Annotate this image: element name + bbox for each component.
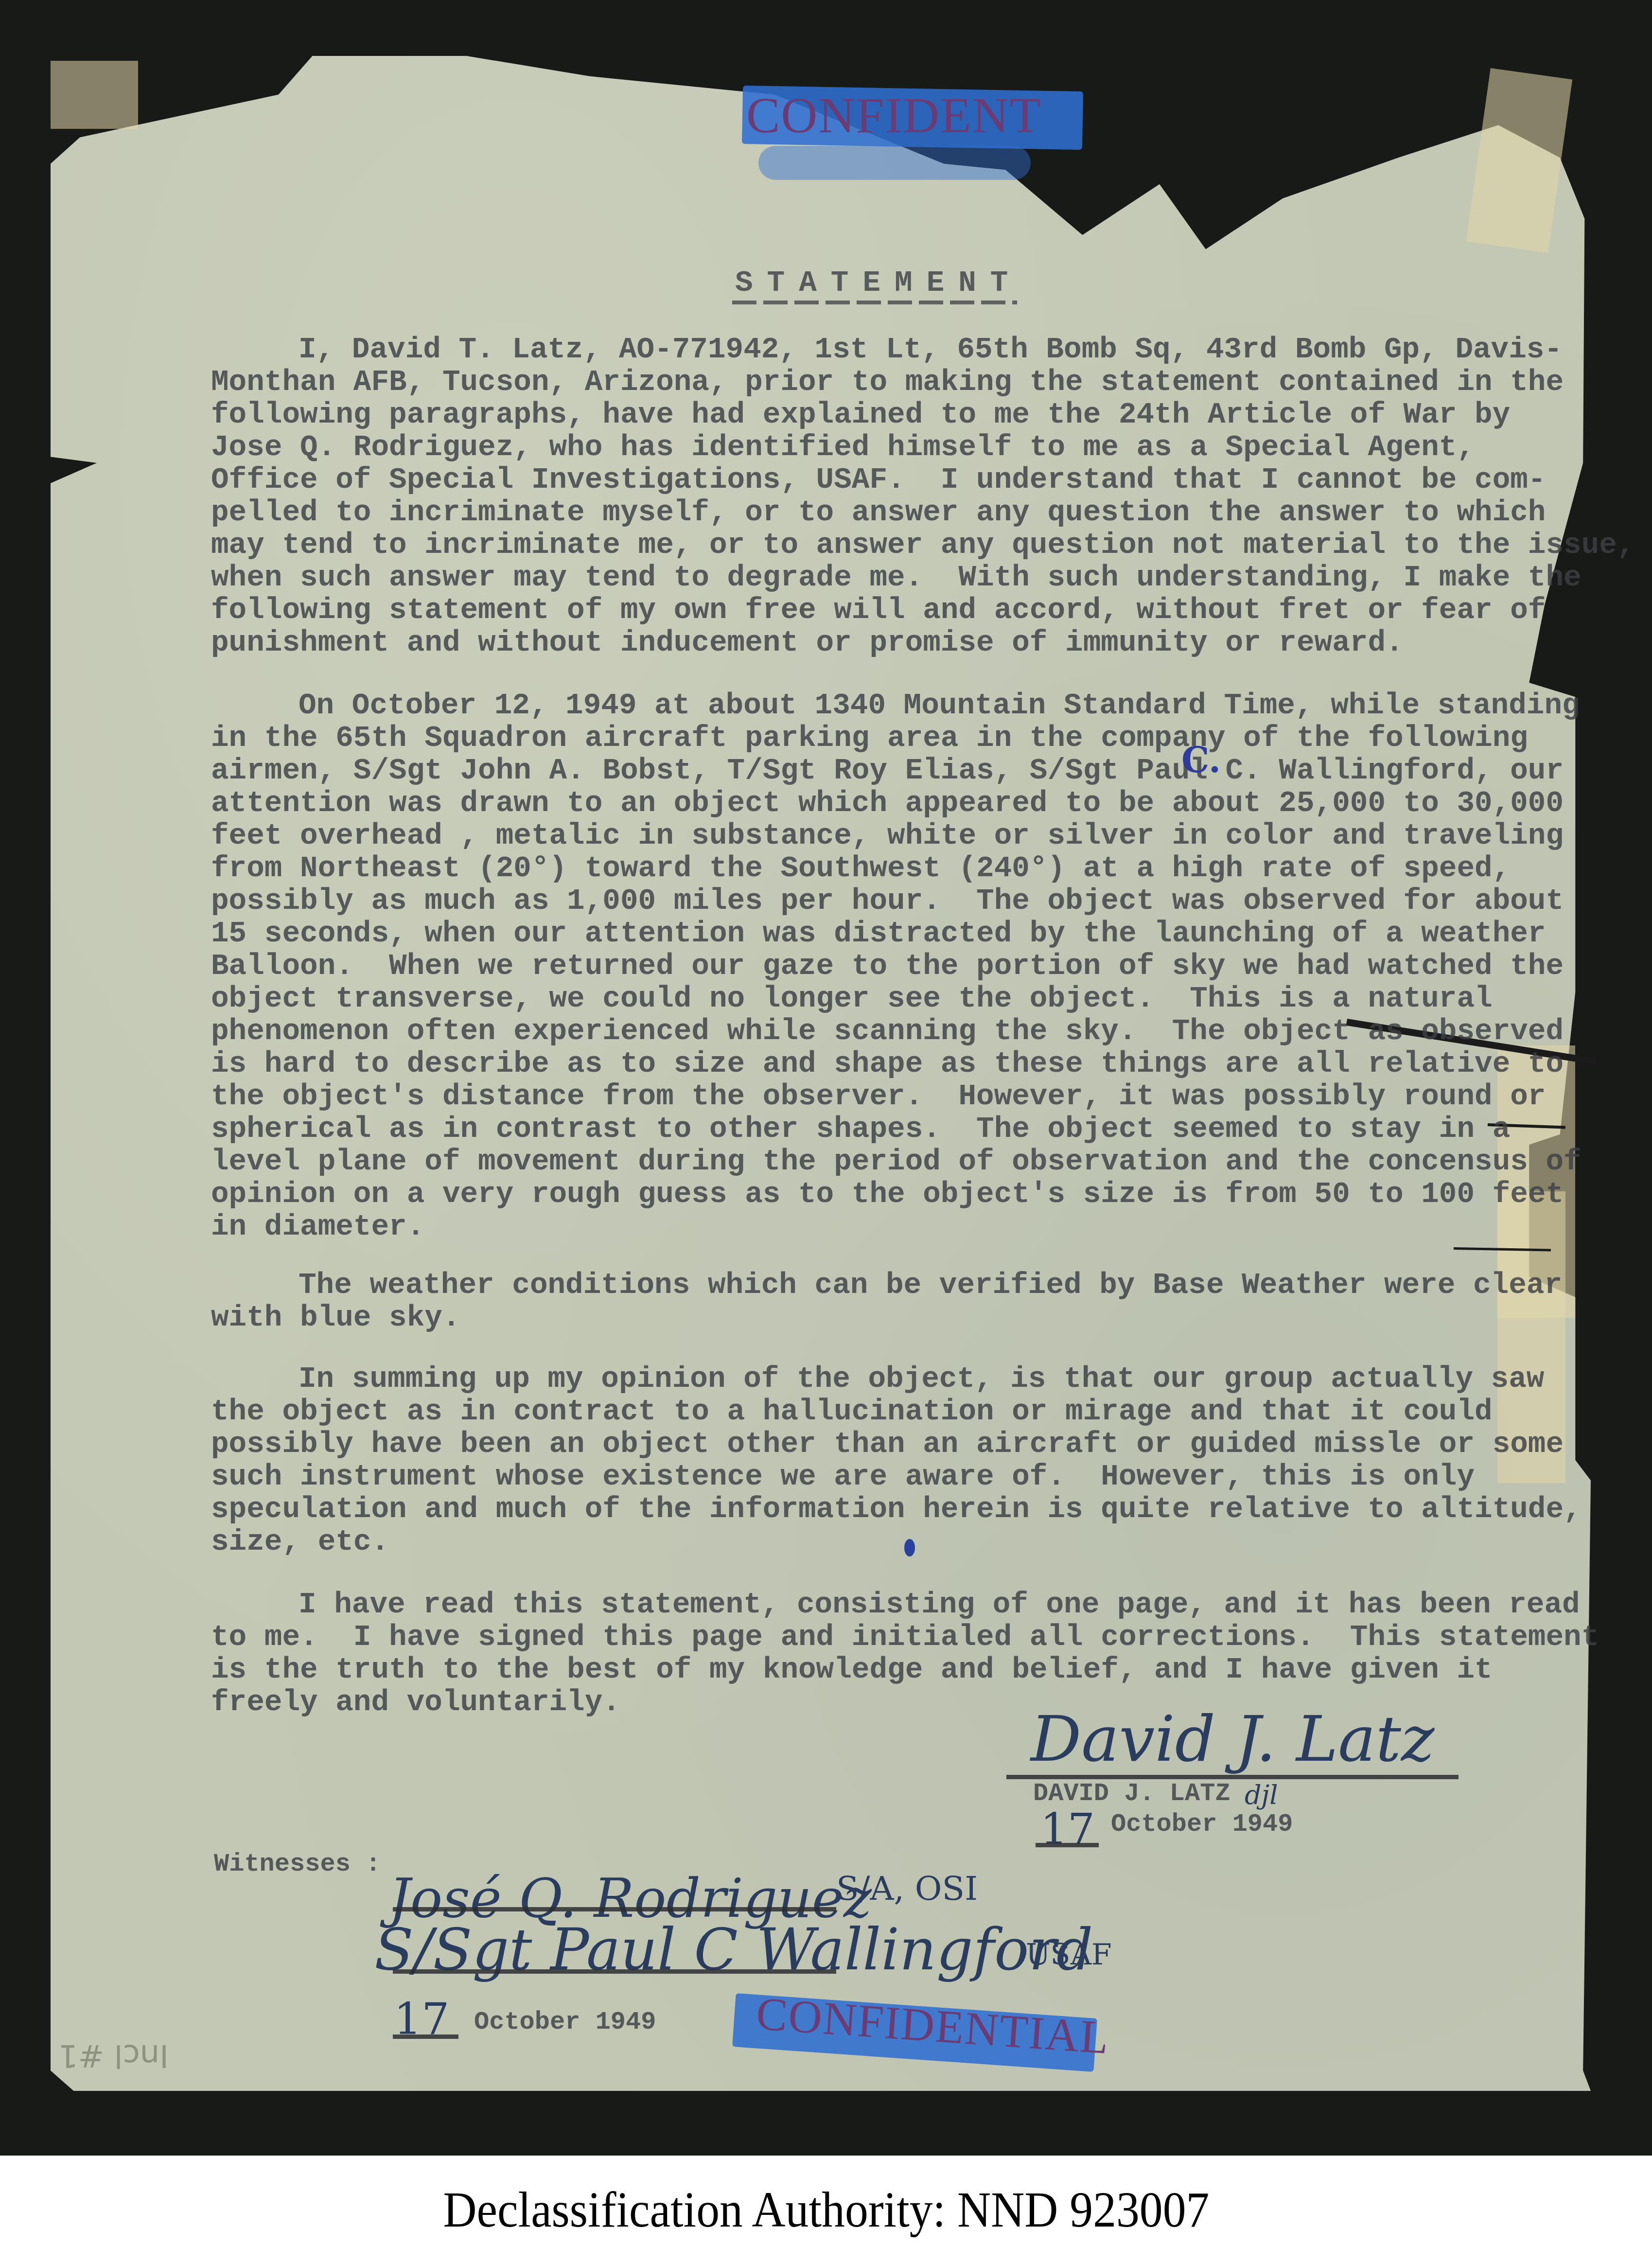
body-line: possibly as much as 1,000 miles per hour… bbox=[211, 885, 1564, 918]
handwritten-correction: C. bbox=[1181, 739, 1221, 780]
body-line: when such answer may tend to degrade me.… bbox=[211, 562, 1582, 594]
declassification-caption: Declassification Authority: NND 923007 bbox=[0, 2156, 1652, 2264]
body-line: to me. I have signed this page and initi… bbox=[211, 1621, 1599, 1654]
caption-text: Declassification Authority: NND 923007 bbox=[443, 2181, 1209, 2239]
signature-latz: David J. Latz bbox=[1031, 1702, 1435, 1776]
body-line: The weather conditions which can be veri… bbox=[299, 1269, 1562, 1302]
body-line: Monthan AFB, Tucson, Arizona, prior to m… bbox=[211, 366, 1564, 399]
body-line: such instrument whose existence we are a… bbox=[211, 1461, 1475, 1493]
body-line: from Northeast (20°) toward the Southwes… bbox=[211, 852, 1510, 885]
body-line: following paragraphs, have had explained… bbox=[211, 399, 1510, 431]
body-line: with blue sky. bbox=[211, 1302, 460, 1334]
title-underline bbox=[732, 301, 1017, 304]
body-line: phenomenon often experienced while scann… bbox=[211, 1015, 1564, 1048]
body-line: the object as in contract to a hallucina… bbox=[211, 1396, 1493, 1428]
body-line: 15 seconds, when our attention was distr… bbox=[211, 918, 1546, 950]
body-line: attention was drawn to an object which a… bbox=[211, 787, 1564, 820]
tape-repair-top-left bbox=[51, 61, 138, 129]
witness-date-rest: October 1949 bbox=[474, 2006, 656, 2038]
body-line: I have read this statement, consisting o… bbox=[299, 1589, 1580, 1621]
page-title: STATEMENT bbox=[735, 266, 1022, 300]
body-line: airmen, S/Sgt John A. Bobst, T/Sgt Roy E… bbox=[211, 755, 1564, 787]
body-line: in diameter. bbox=[211, 1211, 424, 1243]
body-line: Office of Special Investigations, USAF. … bbox=[211, 464, 1546, 496]
confidential-stamp-top: CONFIDENT bbox=[746, 87, 1041, 144]
witness-1-title: S/A, OSI bbox=[836, 1870, 978, 1908]
body-line: I, David T. Latz, AO-771942, 1st Lt, 65t… bbox=[299, 334, 1562, 366]
body-line: On October 12, 1949 at about 1340 Mounta… bbox=[299, 690, 1580, 722]
witness-block: Witnesses : October 1949 bbox=[0, 0, 35, 98]
statement-body: I, David T. Latz, AO-771942, 1st Lt, 65t… bbox=[0, 0, 35, 1433]
margin-note: Incl #1 bbox=[58, 2037, 169, 2073]
body-line: pelled to incriminate myself, or to answ… bbox=[211, 496, 1546, 529]
body-line: in the 65th Squadron aircraft parking ar… bbox=[211, 722, 1528, 755]
body-line: is hard to describe as to size and shape… bbox=[211, 1048, 1564, 1080]
body-line: opinion on a very rough guess as to the … bbox=[211, 1178, 1564, 1211]
initials: djl bbox=[1245, 1780, 1278, 1810]
body-line: object transverse, we could no longer se… bbox=[211, 983, 1493, 1015]
ink-blot bbox=[904, 1539, 915, 1556]
body-line: possibly have been an object other than … bbox=[211, 1428, 1564, 1461]
date-rest: October 1949 bbox=[1111, 1808, 1293, 1840]
witness-1-line bbox=[393, 1907, 836, 1911]
witness-2-title: USAF bbox=[1026, 1938, 1112, 1972]
body-line: Balloon. When we returned our gaze to th… bbox=[211, 950, 1564, 983]
body-line: speculation and much of the information … bbox=[211, 1493, 1582, 1526]
body-line: is the truth to the best of my knowledge… bbox=[211, 1654, 1493, 1686]
body-line: In summing up my opinion of the object, … bbox=[299, 1363, 1544, 1396]
stamp-highlight-smear bbox=[758, 146, 1031, 180]
body-line: level plane of movement during the perio… bbox=[211, 1146, 1582, 1178]
date-day-line bbox=[1036, 1843, 1099, 1847]
body-line: size, etc. bbox=[211, 1526, 389, 1558]
body-line: spherical as in contrast to other shapes… bbox=[211, 1113, 1510, 1146]
body-line: following statement of my own free will … bbox=[211, 594, 1546, 627]
body-line: the object's distance from the observer.… bbox=[211, 1080, 1546, 1113]
body-line: freely and voluntarily. bbox=[211, 1686, 620, 1719]
body-line: may tend to incriminate me, or to answer… bbox=[211, 529, 1634, 562]
witnesses-label: Witnesses : bbox=[214, 1848, 381, 1880]
witness-2-line bbox=[393, 1969, 836, 1974]
body-line: punishment and without inducement or pro… bbox=[211, 627, 1404, 659]
body-line: Jose Q. Rodriguez, who has identified hi… bbox=[211, 431, 1475, 464]
witness-date-day-line bbox=[393, 2034, 458, 2039]
body-line: feet overhead , metalic in substance, wh… bbox=[211, 820, 1564, 852]
